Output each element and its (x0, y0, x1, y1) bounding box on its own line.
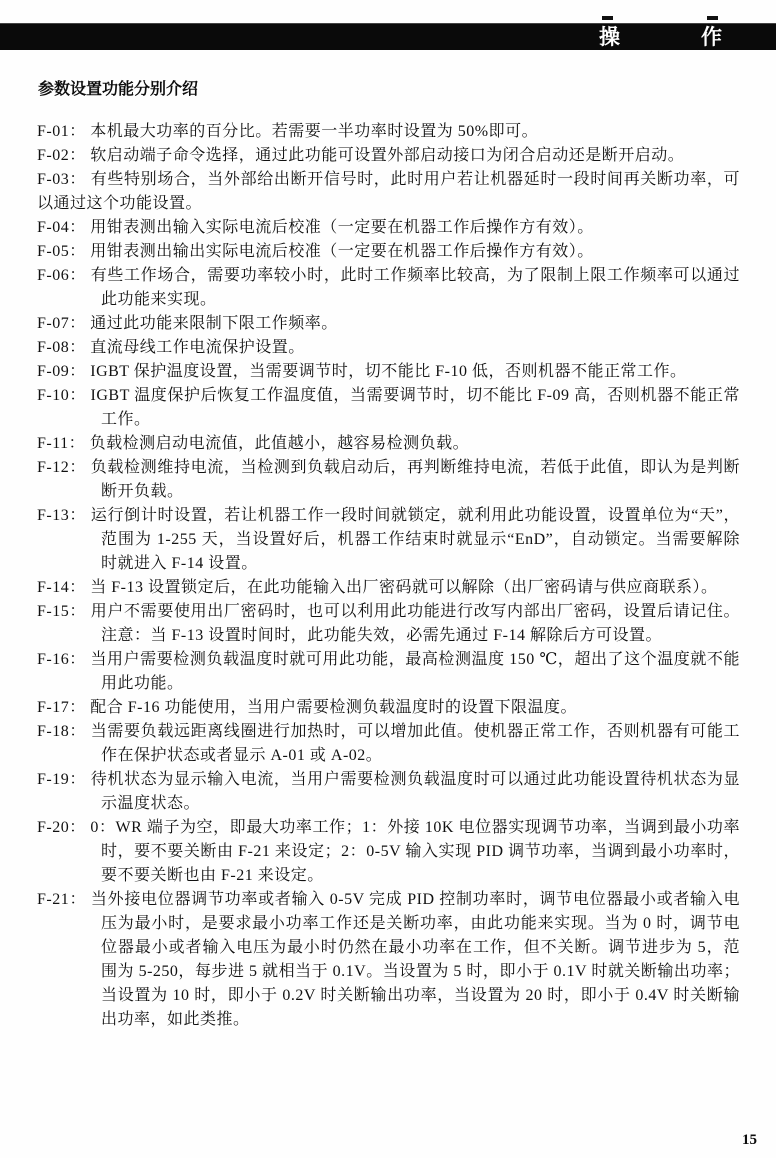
scan-artifact (707, 16, 718, 20)
parameter-text: 当 F-13 设置锁定后，在此功能输入出厂密码就可以解除（出厂密码请与供应商联系… (90, 579, 717, 596)
section-title: 参数设置功能分别介绍 (38, 76, 198, 99)
parameter-text: 软启动端子命令选择，通过此功能可设置外部启动接口为闭合启动还是断开启动。 (90, 147, 684, 164)
parameter-item: F-10：IGBT 温度保护后恢复工作温度值，当需要调节时，切不能比 F-09 … (37, 384, 740, 432)
parameter-item: F-20：0：WR 端子为空，即最大功率工作；1：外接 10K 电位器实现调节功… (37, 816, 740, 888)
parameter-label: F-03： (37, 171, 91, 188)
parameter-label: F-06： (37, 267, 91, 284)
parameter-item: F-04：用钳表测出输入实际电流后校准（一定要在机器工作后操作方有效）。 (37, 216, 740, 240)
parameter-text: 当外接电位器调节功率或者输入 0-5V 完成 PID 控制功率时，调节电位器最小… (91, 891, 740, 1028)
parameter-text: 负载检测启动电流值，此值越小，越容易检测负载。 (90, 435, 470, 452)
parameter-label: F-07： (37, 315, 90, 332)
parameter-text: 待机状态为显示输入电流，当用户需要检测负载温度时可以通过此功能设置待机状态为显示… (91, 771, 740, 812)
parameter-item: F-01：本机最大功率的百分比。若需要一半功率时设置为 50%即可。 (37, 120, 740, 144)
page-number: 15 (742, 1132, 757, 1149)
parameter-item: F-02：软启动端子命令选择，通过此功能可设置外部启动接口为闭合启动还是断开启动… (37, 144, 740, 168)
parameter-label: F-16： (37, 651, 90, 668)
parameter-item: F-21：当外接电位器调节功率或者输入 0-5V 完成 PID 控制功率时，调节… (37, 888, 740, 1032)
parameter-list: F-01：本机最大功率的百分比。若需要一半功率时设置为 50%即可。 F-02：… (37, 120, 740, 1032)
parameter-text: 当用户需要检测负载温度时就可用此功能，最高检测温度 150 ℃，超出了这个温度就… (90, 651, 740, 692)
parameter-label: F-01： (37, 123, 90, 140)
chapter-title-char-1: 操 (599, 25, 621, 51)
parameter-label: F-19： (37, 771, 91, 788)
parameter-item: F-08：直流母线工作电流保护设置。 (37, 336, 740, 360)
parameter-item: F-06：有些工作场合，需要功率较小时，此时工作频率比较高，为了限制上限工作频率… (37, 264, 740, 312)
parameter-item: F-18：当需要负载远距离线圈进行加热时，可以增加此值。使机器正常工作，否则机器… (37, 720, 740, 768)
parameter-text: 当需要负载远距离线圈进行加热时，可以增加此值。使机器正常工作，否则机器有可能工作… (91, 723, 740, 764)
parameter-item: F-05：用钳表测出输出实际电流后校准（一定要在机器工作后操作方有效）。 (37, 240, 740, 264)
parameter-text: 运行倒计时设置，若让机器工作一段时间就锁定，就利用此功能设置，设置单位为“天”，… (91, 507, 740, 572)
parameter-item: F-03：有些特别场合，当外部给出断开信号时，此时用户若让机器延时一段时间再关断… (37, 168, 740, 216)
scan-artifact (602, 16, 613, 20)
parameter-text: 有些特别场合，当外部给出断开信号时，此时用户若让机器延时一段时间再关断功率，可以… (37, 171, 740, 212)
parameter-label: F-04： (37, 219, 90, 236)
parameter-item: F-17：配合 F-16 功能使用，当用户需要检测负载温度时的设置下限温度。 (37, 696, 740, 720)
parameter-label: F-12： (37, 459, 91, 476)
parameter-text: IGBT 温度保护后恢复工作温度值，当需要调节时，切不能比 F-09 高，否则机… (91, 387, 740, 428)
parameter-item: F-12：负载检测维持电流，当检测到负载启动后，再判断维持电流，若低于此值，即认… (37, 456, 740, 504)
parameter-label: F-21： (37, 891, 91, 908)
parameter-text: IGBT 保护温度设置，当需要调节时，切不能比 F-10 低，否则机器不能正常工… (90, 363, 686, 380)
chapter-title-char-2: 作 (701, 25, 723, 51)
parameter-label: F-08： (37, 339, 90, 356)
parameter-item: F-11：负载检测启动电流值，此值越小，越容易检测负载。 (37, 432, 740, 456)
parameter-item: F-15：用户不需要使用出厂密码时，也可以利用此功能进行改写内部出厂密码，设置后… (37, 600, 740, 648)
parameter-text: 负载检测维持电流，当检测到负载启动后，再判断维持电流，若低于此值，即认为是判断断… (91, 459, 740, 500)
parameter-label: F-02： (37, 147, 90, 164)
parameter-item: F-14：当 F-13 设置锁定后，在此功能输入出厂密码就可以解除（出厂密码请与… (37, 576, 740, 600)
parameter-label: F-20： (37, 819, 90, 836)
parameter-item: F-13：运行倒计时设置，若让机器工作一段时间就锁定，就利用此功能设置，设置单位… (37, 504, 740, 576)
parameter-label: F-05： (37, 243, 90, 260)
parameter-label: F-17： (37, 699, 90, 716)
parameter-text: 配合 F-16 功能使用，当用户需要检测负载温度时的设置下限温度。 (90, 699, 577, 716)
parameter-text: 直流母线工作电流保护设置。 (90, 339, 305, 356)
parameter-label: F-14： (37, 579, 90, 596)
parameter-label: F-09： (37, 363, 90, 380)
parameter-text: 本机最大功率的百分比。若需要一半功率时设置为 50%即可。 (90, 123, 538, 140)
parameter-label: F-11： (37, 435, 90, 452)
parameter-item: F-19：待机状态为显示输入电流，当用户需要检测负载温度时可以通过此功能设置待机… (37, 768, 740, 816)
chapter-header-bar: 操 作 (0, 23, 776, 50)
parameter-item: F-09：IGBT 保护温度设置，当需要调节时，切不能比 F-10 低，否则机器… (37, 360, 740, 384)
parameter-label: F-15： (37, 603, 91, 620)
parameter-text: 用钳表测出输入实际电流后校准（一定要在机器工作后操作方有效）。 (90, 219, 594, 236)
manual-page: 操 作 参数设置功能分别介绍 F-01：本机最大功率的百分比。若需要一半功率时设… (0, 0, 776, 1158)
parameter-text: 0：WR 端子为空，即最大功率工作；1：外接 10K 电位器实现调节功率，当调到… (90, 819, 740, 884)
parameter-label: F-10： (37, 387, 91, 404)
parameter-text: 用户不需要使用出厂密码时，也可以利用此功能进行改写内部出厂密码，设置后请记住。注… (91, 603, 740, 644)
parameter-text: 用钳表测出输出实际电流后校准（一定要在机器工作后操作方有效）。 (90, 243, 594, 260)
parameter-text: 有些工作场合，需要功率较小时，此时工作频率比较高，为了限制上限工作频率可以通过此… (91, 267, 740, 308)
parameter-label: F-18： (37, 723, 91, 740)
parameter-item: F-16：当用户需要检测负载温度时就可用此功能，最高检测温度 150 ℃，超出了… (37, 648, 740, 696)
parameter-label: F-13： (37, 507, 91, 524)
parameter-item: F-07：通过此功能来限制下限工作频率。 (37, 312, 740, 336)
parameter-text: 通过此功能来限制下限工作频率。 (90, 315, 338, 332)
